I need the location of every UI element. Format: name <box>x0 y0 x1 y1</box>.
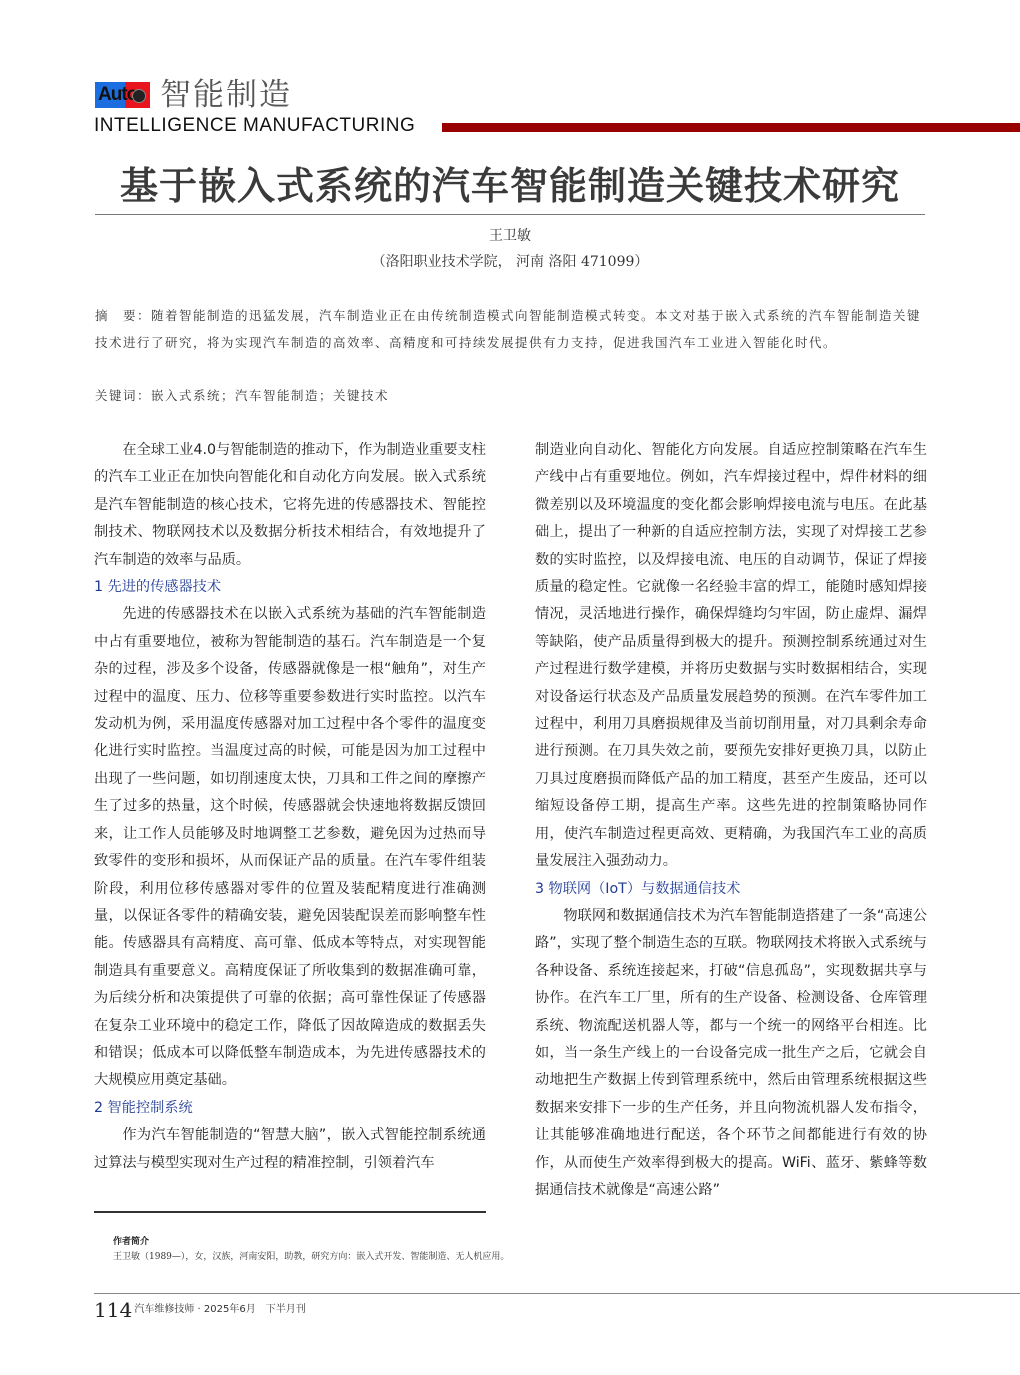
journal-info: |汽车维修技师 · 2025年6月 下半月刊 <box>127 1303 306 1317</box>
wheel-icon <box>132 89 146 103</box>
article-title: 基于嵌入式系统的汽车智能制造关键技术研究 <box>95 160 925 212</box>
footnote-divider <box>94 1211 486 1213</box>
keywords-label: 关键词： <box>95 388 151 403</box>
auto-logo: Auto <box>95 82 150 108</box>
abstract-text: 随着智能制造的迅猛发展，汽车制造业正在由传统制造模式向智能制造模式转变。本文对基… <box>95 308 921 350</box>
title-divider <box>95 214 925 215</box>
section-3-paragraph: 物联网和数据通信技术为汽车智能制造搭建了一条“高速公路”，实现了整个制造生态的互… <box>535 903 927 1204</box>
abstract: 摘 要：随着智能制造的迅猛发展，汽车制造业正在由传统制造模式向智能制造模式转变。… <box>95 302 925 356</box>
footer-divider <box>94 1293 1020 1294</box>
keywords-text: 嵌入式系统；汽车智能制造；关键技术 <box>151 388 389 403</box>
footer-separator: | <box>127 1304 130 1315</box>
intro-paragraph: 在全球工业4.0与智能制造的推动下，作为制造业重要支柱的汽车工业正在加快向智能化… <box>94 437 486 574</box>
footnote-text: 王卫敏（1989—），女，汉族，河南安阳，助教，研究方向：嵌入式开发、智能制造、… <box>113 1251 509 1263</box>
section-2-paragraph-start: 作为汽车智能制造的“智慧大脑”，嵌入式智能控制系统通过算法与模型实现对生产过程的… <box>94 1122 486 1177</box>
footnote-title: 作者简介 <box>113 1236 149 1248</box>
section-2-paragraph-continued: 制造业向自动化、智能化方向发展。自适应控制策略在汽车生产线中占有重要地位。例如，… <box>535 437 927 876</box>
section-heading-2: 2 智能控制系统 <box>94 1095 486 1122</box>
section-heading-3: 3 物联网（IoT）与数据通信技术 <box>535 876 927 903</box>
section-title-cn: 智能制造 <box>160 76 292 114</box>
section-title-en: INTELLIGENCE MANUFACTURING <box>94 115 415 137</box>
article-author: 王卫敏 <box>95 226 925 246</box>
body-column-right: 制造业向自动化、智能化方向发展。自适应控制策略在汽车生产线中占有重要地位。例如，… <box>535 437 927 1204</box>
section-1-paragraph: 先进的传感器技术在以嵌入式系统为基础的汽车智能制造中占有重要地位，被称为智能制造… <box>94 601 486 1094</box>
journal-name: 汽车维修技师 · 2025年6月 下半月刊 <box>134 1304 305 1315</box>
header-accent-bar <box>442 123 1020 132</box>
keywords: 关键词：嵌入式系统；汽车智能制造；关键技术 <box>95 384 925 408</box>
body-column-left: 在全球工业4.0与智能制造的推动下，作为制造业重要支柱的汽车工业正在加快向智能化… <box>94 437 486 1177</box>
abstract-label: 摘 要： <box>95 308 151 323</box>
article-affiliation: （洛阳职业技术学院， 河南 洛阳 471099） <box>95 252 925 272</box>
section-heading-1: 1 先进的传感器技术 <box>94 574 486 601</box>
